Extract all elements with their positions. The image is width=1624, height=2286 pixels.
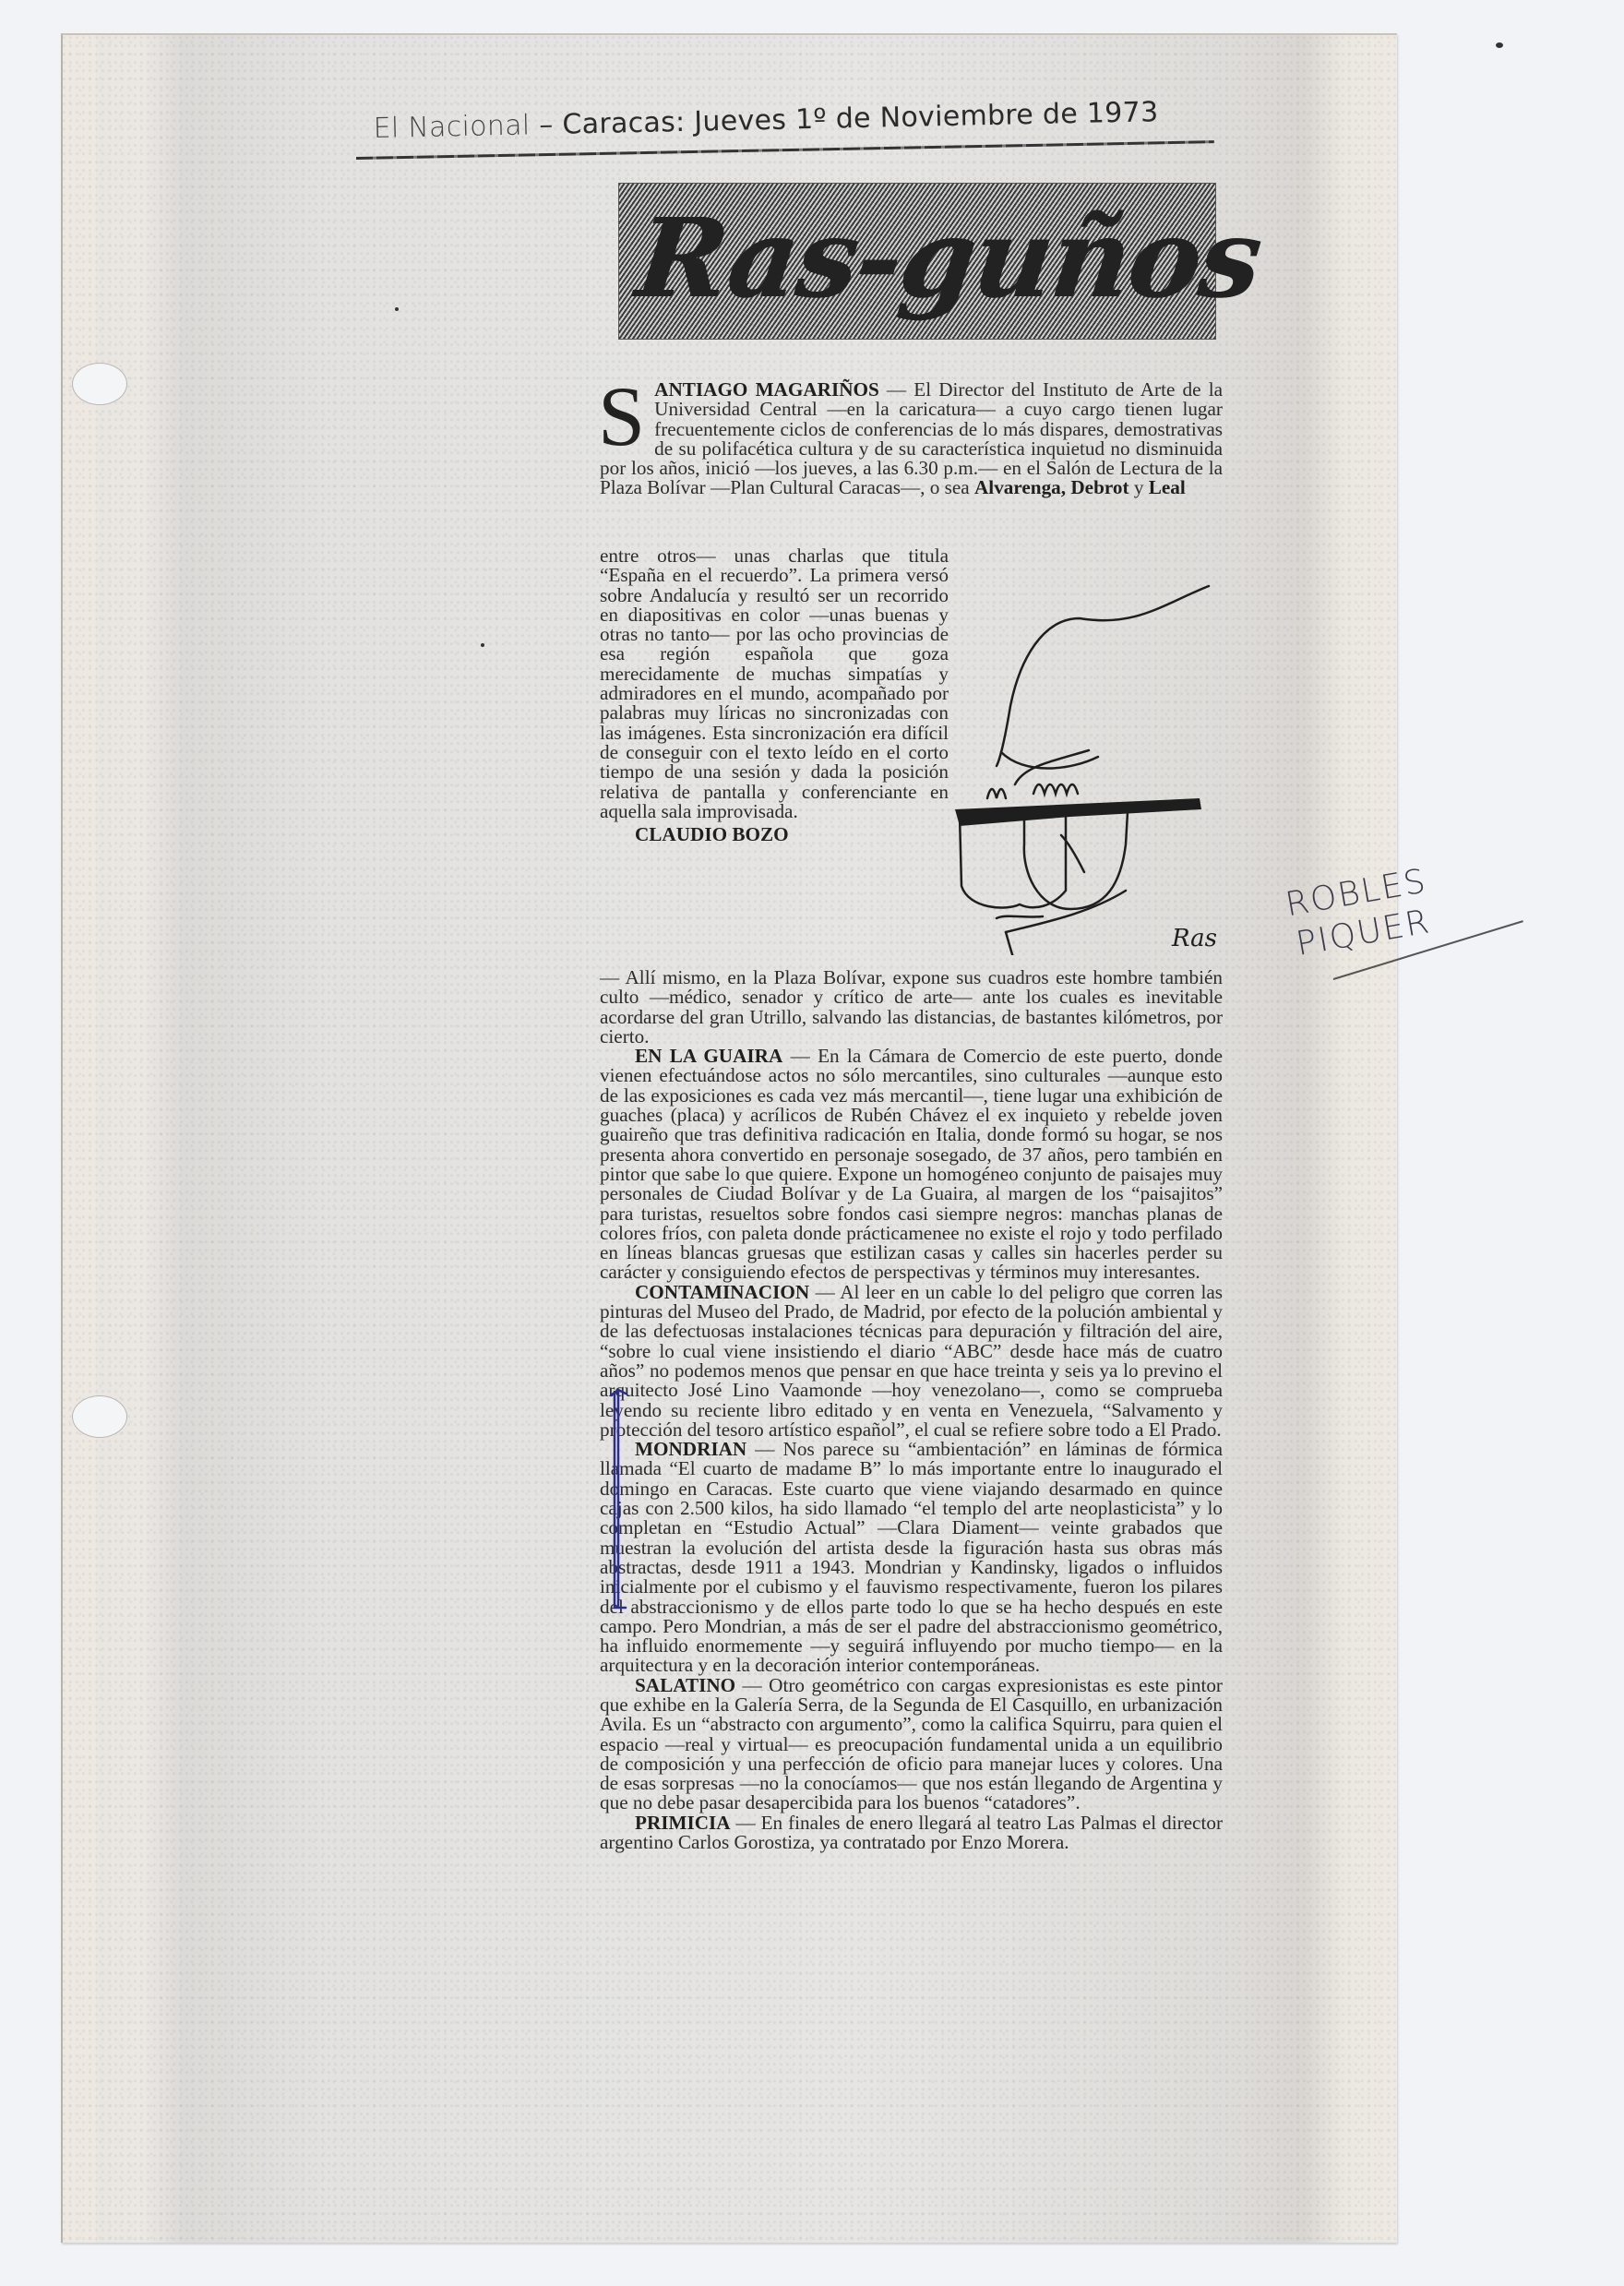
article-section: CONTAMINACION — Al leer en un cable lo d… (600, 1283, 1223, 1440)
punch-hole (72, 363, 127, 405)
caricature-signature: Ras (1171, 925, 1217, 952)
speck (395, 307, 399, 311)
speck (481, 643, 484, 647)
article-sections: — Allí mismo, en la Plaza Bolívar, expon… (600, 968, 1223, 1852)
intro-continued-text: entre otros— unas charlas que titula “Es… (600, 546, 949, 821)
newspaper-name: El Nacional (373, 109, 531, 145)
intro-connector: y (1129, 476, 1149, 498)
section-text: — Otro geométrico con cargas expresionis… (600, 1674, 1223, 1814)
section-text: — Nos parece su “ambientación” en lámina… (600, 1438, 1223, 1676)
section-text: — En la Cámara de Comercio de este puert… (600, 1045, 1223, 1283)
article-section: MONDRIAN — Nos parece su “ambientación” … (600, 1440, 1223, 1676)
column-logo-text: Ras-guños (630, 189, 1208, 328)
punch-hole (72, 1395, 127, 1438)
section-text: — Al leer en un cable lo del peligro que… (600, 1281, 1223, 1441)
column-logo: Ras-guños (618, 183, 1216, 340)
intro-paragraph-continued: entre otros— unas charlas que titula “Es… (600, 546, 949, 844)
speck (1496, 42, 1503, 48)
margin-bracket-mark (605, 1386, 633, 1617)
intro-bold-names: Alvarenga, Debrot (974, 476, 1129, 498)
intro-paragraph-top: S ANTIAGO MAGARIÑOS — El Director del In… (600, 380, 1223, 498)
article-section: EN LA GUAIRA — En la Cámara de Comercio … (600, 1047, 1223, 1283)
caricature-drawing: Ras (932, 568, 1236, 955)
section-text: — Allí mismo, en la Plaza Bolívar, expon… (600, 966, 1223, 1047)
section-heading: CLAUDIO BOZO (635, 823, 789, 845)
masthead-separator: – (539, 109, 554, 141)
article-section: PRIMICIA — En finales de enero llegará a… (600, 1813, 1223, 1853)
article-section: SALATINO — Otro geométrico con cargas ex… (600, 1676, 1223, 1813)
article-section: — Allí mismo, en la Plaza Bolívar, expon… (600, 968, 1223, 1047)
dropcap: S (598, 382, 645, 450)
intro-bold-name-2: Leal (1149, 476, 1186, 498)
